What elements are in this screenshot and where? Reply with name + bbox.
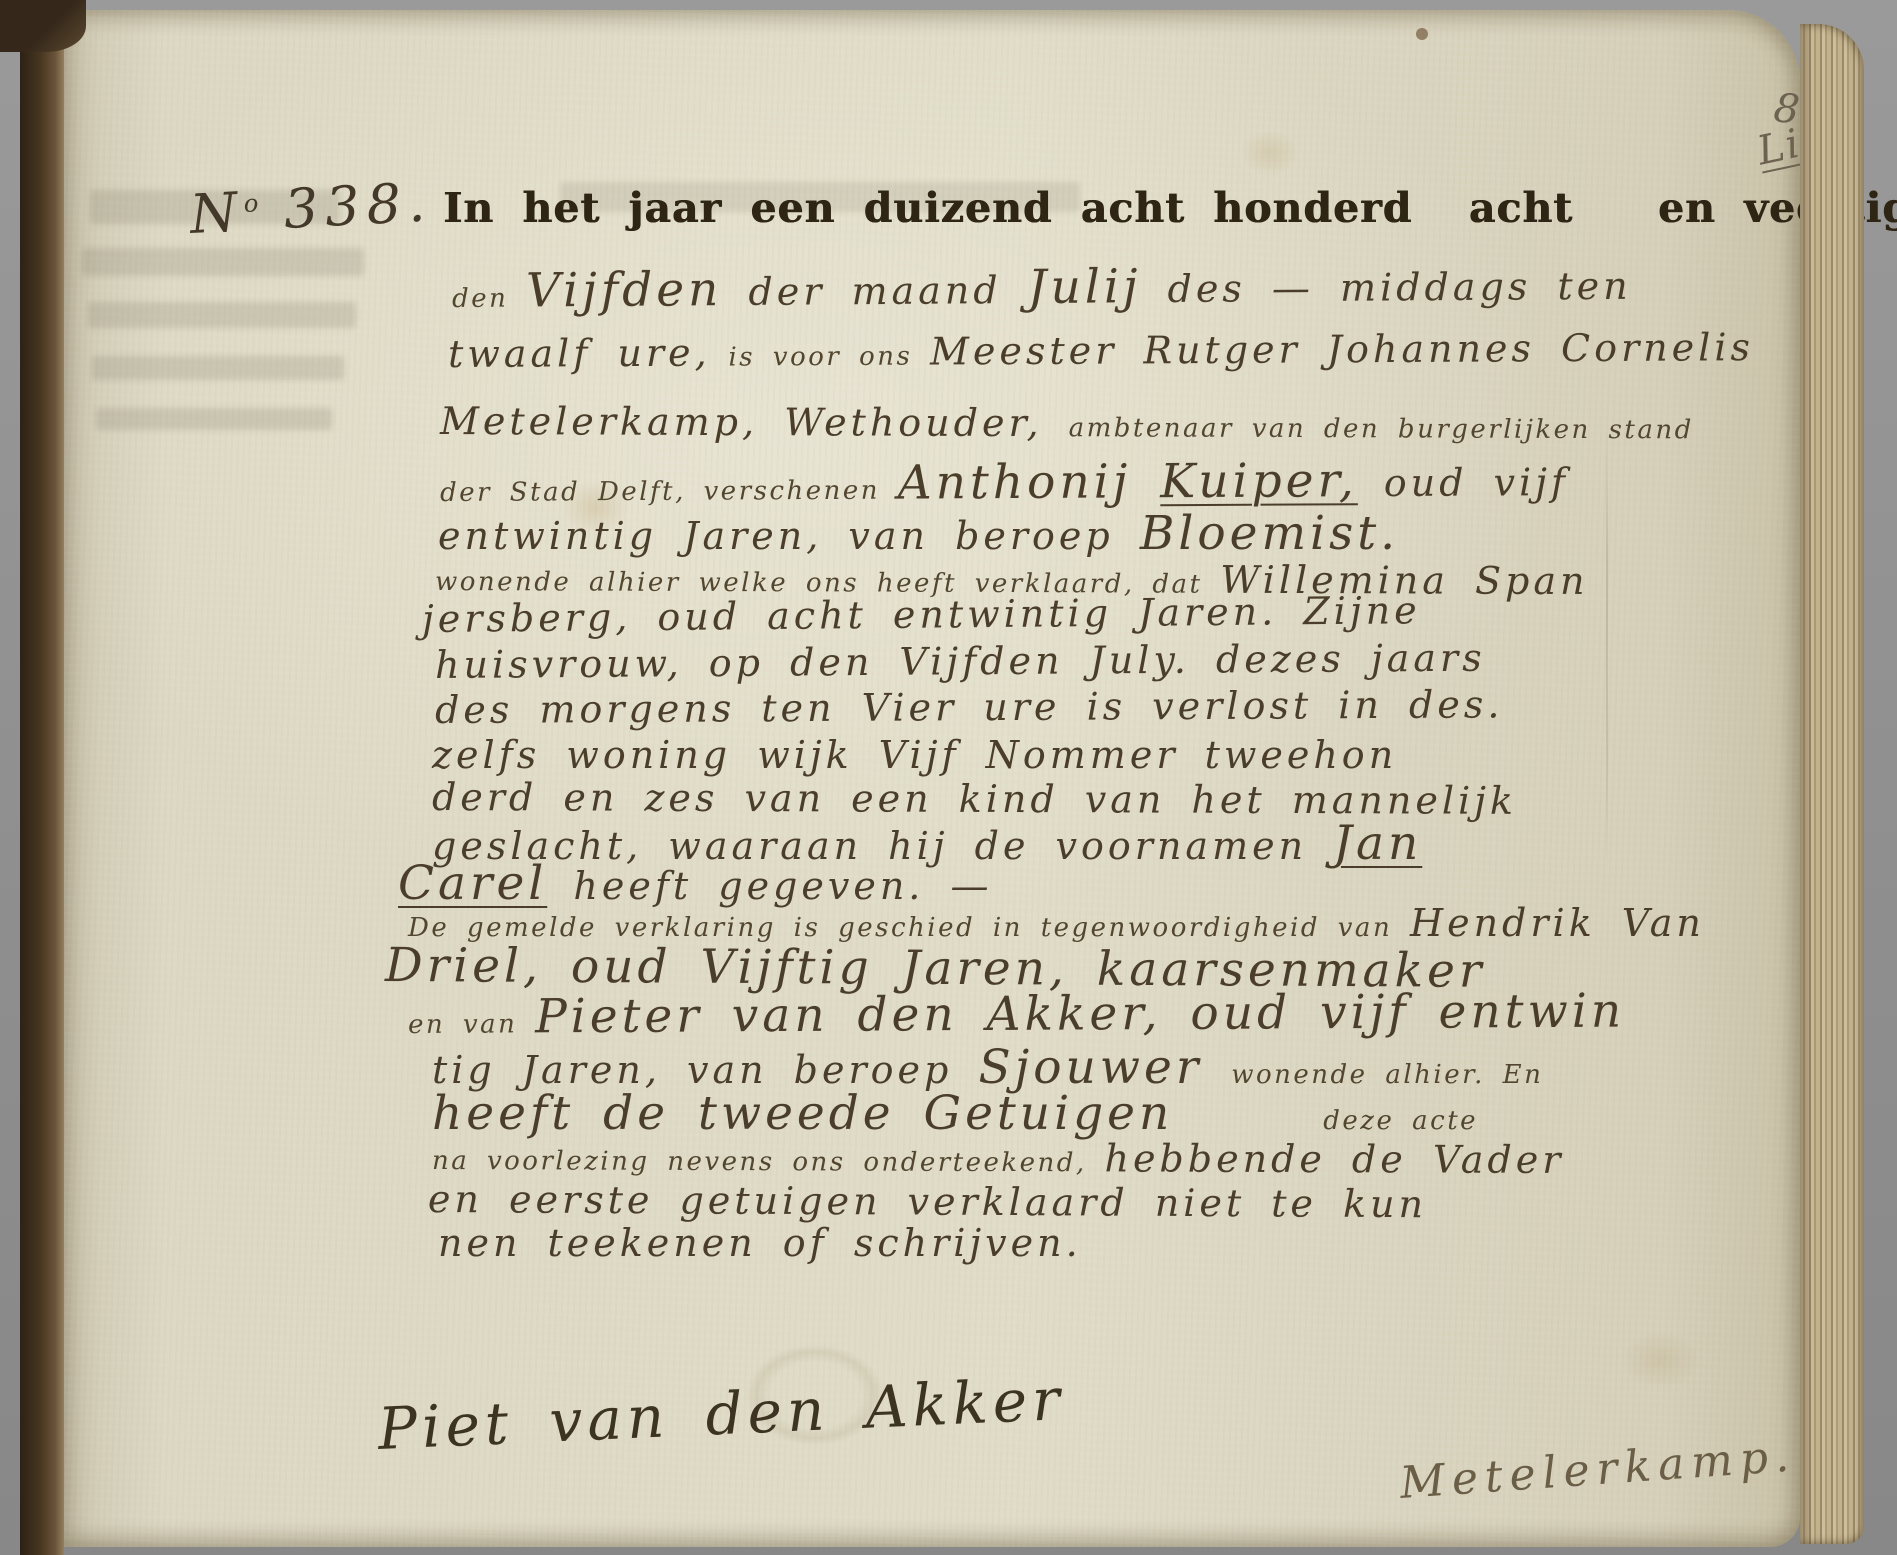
- manuscript-text-segment: der maand: [722, 268, 1028, 314]
- manuscript-text-segment: heeft gegeven. —: [547, 864, 992, 908]
- manuscript-line: en eerste getuigen verklaard niet te kun: [428, 1180, 1427, 1223]
- signature-registrar: Metelerkamp.: [1398, 1434, 1797, 1506]
- manuscript-line: derd en zes van een kind van het manneli…: [432, 778, 1517, 820]
- page-edge-stack: [1800, 24, 1864, 1544]
- document-scan: 87LitNo 338.In het jaar een duizend acht…: [0, 0, 1897, 1555]
- manuscript-text-segment: deze acte: [1323, 1106, 1478, 1136]
- manuscript-text-segment: Vijfden: [526, 262, 723, 318]
- manuscript-text-segment: Kuiper,: [1160, 453, 1358, 509]
- manuscript-line: zelfs woning wijk Vijf Nommer tweehon: [432, 736, 1397, 774]
- manuscript-line: na voorlezing nevens ons onderteekend, h…: [432, 1137, 1565, 1179]
- manuscript-text-segment: Jan: [1333, 816, 1422, 871]
- act-number: No 338.: [189, 175, 434, 242]
- manuscript-text-segment: der Stad Delft, verschenen: [440, 476, 898, 508]
- manuscript-line: jersberg, oud acht entwintig Jaren. Zijn…: [422, 591, 1421, 638]
- manuscript-text-segment: Metelerkamp, Wethouder,: [440, 399, 1069, 445]
- manuscript-text-segment: heeft de tweede Getuigen: [432, 1086, 1173, 1141]
- manuscript-text-segment: Anthonij: [898, 454, 1161, 510]
- manuscript-text-segment: twaalf ure,: [448, 331, 711, 376]
- manuscript-text-segment: Carel: [398, 856, 547, 911]
- manuscript-line: den Vijfden der maand Julij des — middag…: [452, 260, 1632, 315]
- manuscript-text-segment: Hendrik Van: [1410, 901, 1705, 945]
- manuscript-line: nen teekenen of schrijven.: [438, 1224, 1082, 1262]
- paper-page: 87LitNo 338.In het jaar een duizend acht…: [60, 10, 1800, 1547]
- manuscript-text-segment: o: [243, 188, 260, 218]
- manuscript-line: heeft de tweede Getuigendeze acte: [432, 1090, 1478, 1137]
- opening-line: In het jaar een duizend acht honderd ach…: [443, 188, 1897, 229]
- manuscript-text-segment: ambtenaar van den burgerlijken stand: [1069, 413, 1694, 445]
- manuscript-text-segment: Julij: [1027, 259, 1141, 315]
- manuscript-text-segment: den: [452, 283, 526, 314]
- manuscript-text-segment: wonende alhier. En: [1231, 1060, 1543, 1090]
- manuscript-line: en van Pieter van den Akker, oud vijf en…: [408, 988, 1625, 1041]
- manuscript-text-segment: 338.: [258, 170, 433, 242]
- manuscript-text-segment: des — middags ten: [1141, 264, 1631, 311]
- manuscript-text-segment: en van: [408, 1009, 535, 1040]
- manuscript-text-segment: entwintig Jaren, van beroep: [438, 514, 1140, 558]
- manuscript-text-segment: Meester Rutger Johannes Cornelis: [930, 325, 1754, 373]
- book-binding: [20, 0, 64, 1555]
- manuscript-text-segment: hebbende de Vader: [1104, 1136, 1564, 1182]
- signature-witness: Piet van den Akker: [377, 1370, 1066, 1458]
- manuscript-line: De gemelde verklaring is geschied in teg…: [408, 904, 1705, 942]
- manuscript-line: huisvrouw, op den Vijfden July. dezes ja…: [435, 639, 1486, 684]
- manuscript-line: der Stad Delft, verschenen Anthonij Kuip…: [440, 456, 1569, 509]
- manuscript-line: twaalf ure, is voor ons Meester Rutger J…: [448, 328, 1754, 373]
- manuscript-text-segment: oud vijf: [1358, 460, 1570, 505]
- manuscript-line: Metelerkamp, Wethouder, ambtenaar van de…: [440, 402, 1694, 444]
- manuscript-text-segment: Pieter van den Akker, oud vijf entwin: [535, 984, 1625, 1045]
- manuscript-lines: 87LitNo 338.In het jaar een duizend acht…: [60, 10, 1800, 1547]
- manuscript-line: Carel heeft gegeven. —: [398, 860, 992, 907]
- manuscript-text-segment: Bloemist.: [1140, 506, 1399, 561]
- manuscript-line: des morgens ten Vier ure is verlost in d…: [435, 685, 1504, 729]
- manuscript-line: entwintig Jaren, van beroep Bloemist.: [438, 510, 1399, 557]
- book-cover-corner: [0, 0, 86, 52]
- manuscript-line: tig Jaren, van beroep Sjouwer wonende al…: [432, 1044, 1543, 1091]
- manuscript-text-segment: is voor ons: [711, 341, 931, 372]
- manuscript-text-segment: N: [188, 180, 245, 246]
- manuscript-text-segment: na voorlezing nevens ons onderteekend,: [432, 1146, 1105, 1178]
